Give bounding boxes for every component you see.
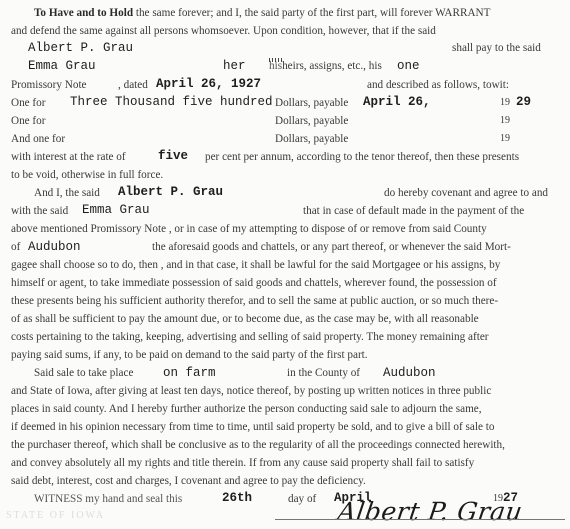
note-count-field: one [397, 59, 420, 73]
mortgagor-name-field: Albert P. Grau [28, 41, 133, 55]
of-label: of [11, 241, 20, 253]
p2-line5: gagee shall choose so to do, then , and … [11, 259, 500, 271]
p2-line3: above mentioned Promissory Note , or in … [11, 223, 487, 235]
note-3-year-prefix: 19 [500, 133, 510, 144]
witness-day: 26th [222, 491, 252, 505]
p2-line6: himself or agent, to take immediate poss… [11, 277, 497, 289]
p3-line4: if deemed in his opinion necessary from … [11, 421, 494, 433]
mortgagee-name-field: Emma Grau [28, 59, 96, 73]
note-1-label: One for [11, 97, 45, 109]
default-text: that in case of default made in the paym… [303, 205, 524, 217]
note-3-label: And one for [11, 133, 65, 145]
sale-place-field: on farm [163, 366, 216, 380]
habendum-heading: To Have and to Hold [34, 7, 133, 19]
pronoun-fill: her [223, 59, 246, 73]
county-field: Audubon [28, 240, 81, 254]
faint-footer-text: STATE OF IOWA [6, 510, 105, 521]
note-1-year: 29 [516, 95, 531, 109]
p2-line9: costs pertaining to the taking, keeping,… [11, 331, 489, 343]
note-2-payable-label: Dollars, payable [275, 115, 348, 127]
covenantor-name: Albert P. Grau [118, 185, 223, 199]
signature: Albert P. Grau [336, 497, 524, 526]
note-1-year-prefix: 19 [500, 97, 510, 108]
p2-line4: the aforesaid goods and chattels, or any… [152, 241, 511, 253]
note-2-label: One for [11, 115, 45, 127]
note-label: Promissory Note [11, 79, 87, 91]
p3-line6: and convey absolutely all my rights and … [11, 457, 474, 469]
p2-line10: paying said sums, if any, to be paid on … [11, 349, 368, 361]
and-i-label: And I, the said [34, 187, 100, 199]
void-line: to be void, otherwise in full force. [11, 169, 163, 181]
interest-pre: with interest at the rate of [11, 151, 126, 163]
day-of-label: day of [288, 493, 316, 505]
p3-line5: the purchaser thereof, which shall be co… [11, 439, 505, 451]
p3-line2: and State of Iowa, after giving at least… [11, 385, 491, 397]
with-said-label: with the said [11, 205, 68, 217]
opening-text: the same forever; and I, the said party … [133, 7, 490, 19]
interest-rate-field: five [158, 149, 188, 163]
note-date-field: April 26, 1927 [156, 77, 261, 91]
covenantee-name: Emma Grau [82, 203, 150, 217]
struck-pronoun: his [269, 60, 282, 72]
p3-line3: places in said county. And I hereby furt… [11, 403, 482, 415]
p2-line7: these presents being his sufficient auth… [11, 295, 498, 307]
witness-label: WITNESS my hand and seal this [34, 493, 182, 505]
note-2-year-prefix: 19 [500, 115, 510, 126]
dated-label: , dated [118, 79, 148, 91]
note-3-payable-label: Dollars, payable [275, 133, 348, 145]
note-1-amount: Three Thousand five hundred [70, 95, 273, 109]
note-1-payable-label: Dollars, payable [275, 97, 348, 109]
sale-pre: Said sale to take place [34, 367, 133, 379]
county-label: in the County of [287, 367, 360, 379]
shall-pay-text: shall pay to the said [452, 42, 541, 54]
described-text: and described as follows, towit: [367, 79, 509, 91]
p3-line7: said debt, interest, cost and charges, I… [11, 475, 366, 487]
p2-line8: of as shall be sufficient to pay the amo… [11, 313, 479, 325]
sale-county-field: Audubon [383, 366, 436, 380]
interest-post: per cent per annum, according to the ten… [205, 151, 519, 163]
heirs-text: hisheirs, assigns, etc., his [269, 60, 382, 72]
covenant-text: do hereby covenant and agree to and [384, 187, 548, 199]
note-1-payable-date: April 26, [363, 95, 431, 109]
signature-line [275, 519, 565, 520]
